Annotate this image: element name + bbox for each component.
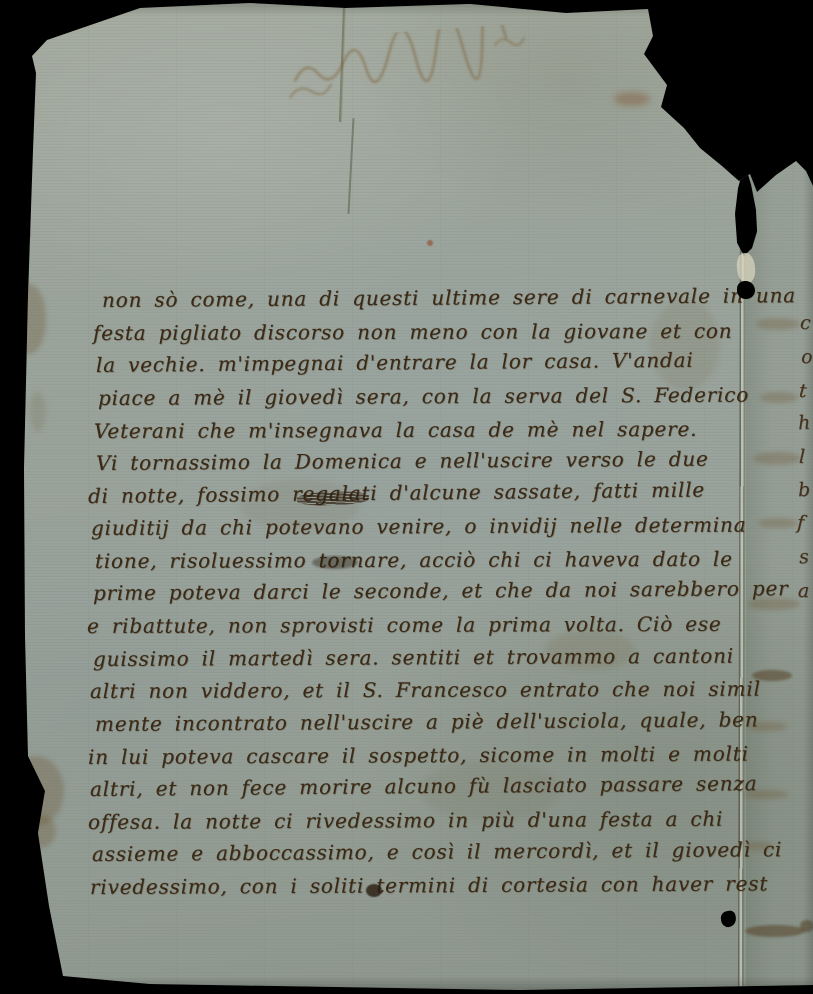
ink-bleed-mark: [800, 920, 813, 932]
letter-fragment: a: [798, 580, 810, 602]
ink-bleed-mark: [747, 722, 787, 731]
letter-fragment: h: [797, 412, 810, 435]
ink-bleed-mark: [30, 392, 46, 432]
ink-bleed-mark: [753, 452, 801, 465]
manuscript-line: mente incontrato nell'uscire a piè dell'…: [95, 707, 759, 736]
manuscript-line: altri non viddero, et il S. Francesco en…: [90, 677, 761, 703]
stain: [18, 228, 30, 241]
manuscript-line: tione, risoluessimo tornare, acciò chi c…: [95, 547, 733, 573]
letter-fragment: b: [798, 479, 811, 501]
manuscript-line: rivedessimo, con i soliti termini di cor…: [90, 871, 768, 899]
manuscript-line: in lui poteva cascare il sospetto, sicom…: [88, 742, 749, 769]
paper-tear-hole: [720, 910, 738, 928]
ink-bleed-mark: [745, 842, 773, 850]
ink-bleed-mark: [748, 598, 800, 610]
manuscript-line: piace a mè il giovedì sera, con la serva…: [98, 383, 749, 410]
manuscript-line: di notte, fossimo regalati d'alcune sass…: [88, 478, 705, 508]
manuscript-page: non sò come, una di questi ultime sere d…: [0, 0, 813, 994]
letter-fragment: s: [798, 546, 809, 569]
manuscript-line: guissimo il martedì sera. sentiti et tro…: [93, 644, 734, 671]
manuscript-line: la vechie. m'impegnai d'entrare la lor c…: [96, 348, 694, 377]
manuscript-line: Vi tornassimo la Domenica e nell'uscire …: [96, 447, 709, 475]
stain: [427, 240, 433, 246]
ink-bleed-mark: [760, 392, 798, 403]
ink-bleed-mark: [752, 670, 792, 681]
ink-bleed-mark: [758, 518, 798, 528]
manuscript-line: non sò come, una di questi ultime sere d…: [102, 283, 796, 312]
ink-bleed-mark: [12, 284, 46, 354]
ink-bleed-mark: [22, 814, 56, 848]
stain: [614, 92, 650, 106]
manuscript-line: festa pigliato discorso non meno con la …: [93, 319, 732, 345]
paper-tear-hole: [737, 281, 755, 299]
ink-bleed-mark: [8, 756, 64, 826]
manuscript-line: giuditij da chi potevano venire, o invid…: [91, 513, 747, 540]
ink-bleed-mark: [745, 925, 805, 937]
ink-bleed-mark: [756, 318, 800, 330]
manuscript-line: assieme e abboccassimo, e così il mercor…: [92, 837, 782, 866]
ink-blot: [312, 556, 358, 569]
manuscript-line: prime poteva darci le seconde, et che da…: [93, 576, 789, 605]
manuscript-line: offesa. la notte ci rivedessimo in più d…: [88, 807, 723, 834]
manuscript-scan: non sò come, una di questi ultime sere d…: [0, 0, 813, 994]
vertical-crease: [347, 118, 354, 214]
stain: [650, 300, 720, 390]
letter-fragment: o: [801, 346, 813, 368]
manuscript-line: altri, et non fece morire alcuno fù lasc…: [90, 771, 758, 801]
bleed-through-inscription: [278, 20, 582, 111]
letter-fragment: c: [799, 312, 811, 335]
ink-blot: [366, 884, 382, 897]
letter-fragment: t: [798, 380, 807, 402]
manuscript-line: Veterani che m'insegnava la casa de mè n…: [94, 417, 697, 443]
ink-bleed-mark: [744, 790, 788, 799]
manuscript-line: e ribattute, non sprovisti come la prima…: [87, 612, 722, 638]
